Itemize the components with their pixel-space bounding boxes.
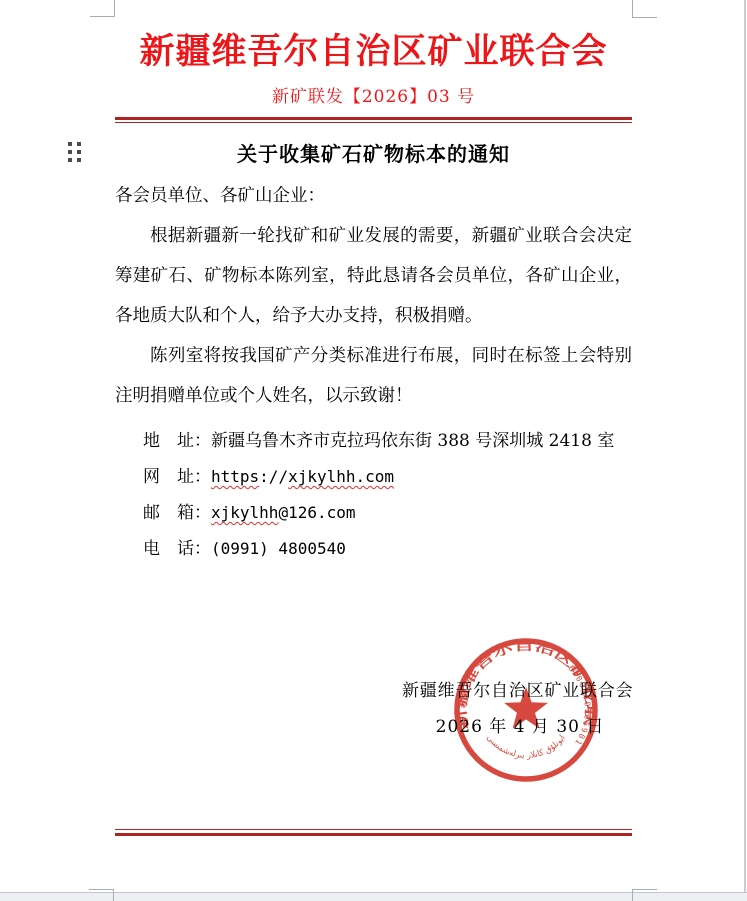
contact-phone-line: 电 话：(0991) 4800540 xyxy=(143,531,613,567)
website-scheme: https xyxy=(211,467,259,486)
address-value: 新疆乌鲁木齐市克拉玛依东街 388 号深圳城 2418 室 xyxy=(211,431,614,451)
document-page[interactable]: 新疆维吾尔自治区矿业联合会 新矿联发【2026】03 号 关于收集矿石矿物标本的… xyxy=(0,0,747,901)
email-user: xjkylhh xyxy=(211,503,278,522)
contact-email-line: 邮 箱：xjkylhh@126.com xyxy=(143,495,613,531)
notice-body: 各会员单位、各矿山企业： 根据新疆新一轮找矿和矿业发展的需要，新疆矿业联合会决定… xyxy=(115,176,632,416)
footer-divider xyxy=(115,829,632,836)
document-number: 新矿联发【2026】03 号 xyxy=(115,82,632,107)
drag-handle-icon[interactable] xyxy=(68,142,81,162)
margin-crop-mark-bottom-right xyxy=(632,889,657,901)
phone-value: (0991) 4800540 xyxy=(211,539,346,558)
margin-crop-mark-bottom-left xyxy=(89,889,114,901)
address-label: 地 址： xyxy=(143,431,211,451)
website-domain: xjkylhh.com xyxy=(288,467,394,486)
body-paragraph: 陈列室将按我国矿产分类标准进行布展，同时在标签上会特别注明捐赠单位或个人姓名，以… xyxy=(115,336,632,416)
salutation: 各会员单位、各矿山企业： xyxy=(115,176,632,216)
letterhead-org-title: 新疆维吾尔自治区矿业联合会 xyxy=(80,24,667,74)
phone-label: 电 话： xyxy=(143,539,211,559)
website-label: 网 址： xyxy=(143,467,211,487)
website-separator: :// xyxy=(259,467,288,486)
email-label: 邮 箱： xyxy=(143,503,211,523)
official-seal-stamp: 新疆维吾尔自治区矿业联合会 شىنجاڭ ئۇيغۇر ئاپتونوم راي… xyxy=(446,630,606,790)
email-domain: @126.com xyxy=(278,503,355,522)
contact-website-line: 网 址：https://xjkylhh.com xyxy=(143,459,613,495)
letterhead-divider xyxy=(115,117,632,123)
contact-address-line: 地 址：新疆乌鲁木齐市克拉玛依东街 388 号深圳城 2418 室 xyxy=(143,424,613,459)
body-paragraph: 根据新疆新一轮找矿和矿业发展的需要，新疆矿业联合会决定筹建矿石、矿物标本陈列室，… xyxy=(115,216,632,336)
contact-block: 地 址：新疆乌鲁木齐市克拉玛依东街 388 号深圳城 2418 室 网 址：ht… xyxy=(143,424,613,567)
notice-title: 关于收集矿石矿物标本的通知 xyxy=(115,138,632,167)
margin-crop-mark-top-left xyxy=(90,0,115,17)
star-icon xyxy=(504,687,548,729)
page-right-edge xyxy=(744,0,746,901)
margin-crop-mark-top-right xyxy=(632,0,657,18)
